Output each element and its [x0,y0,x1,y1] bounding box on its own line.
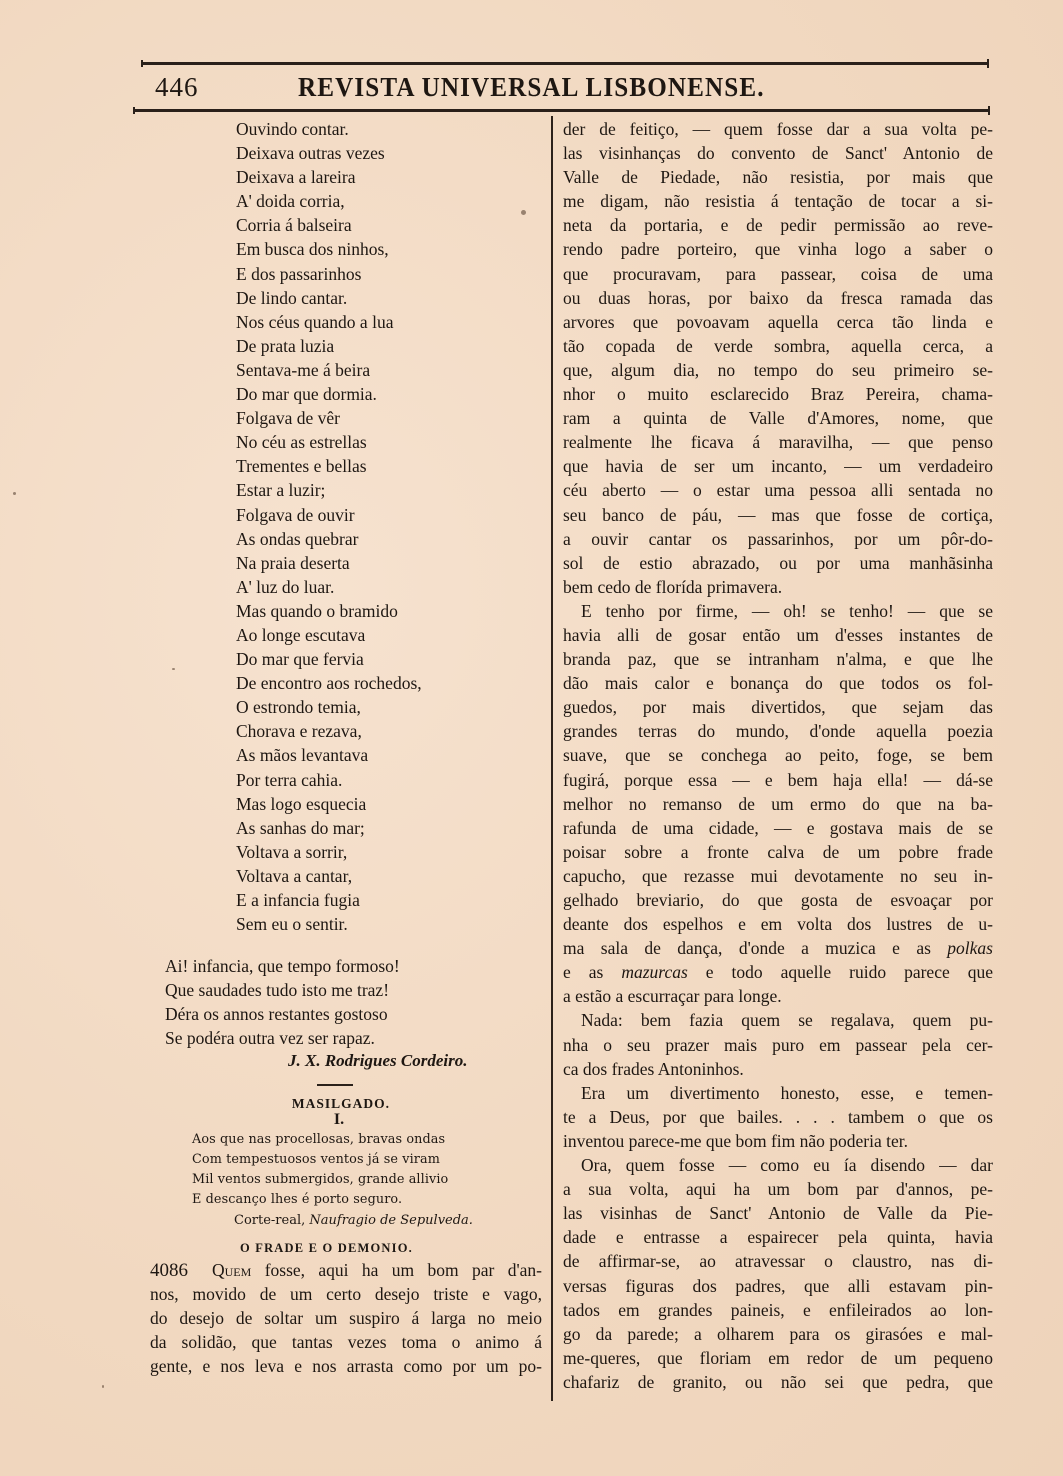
prose-line: gente, e nos leva e nos arrasta como por… [150,1354,542,1378]
poem-signature: J. X. Rodrigues Cordeiro. [150,1050,542,1072]
stanza-verse: Ai! infancia, que tempo formoso! [165,954,542,978]
poem-verse: Do mar que fervia [236,647,542,671]
poem-verse: O estrondo temia, [236,695,542,719]
prose-line: do desejo de soltar um suspiro á larga n… [150,1306,542,1330]
prose-line: las visinhas de Sanct' Antonio de Valle … [563,1201,993,1225]
poem-verse: Folgava de ouvir [236,503,542,527]
poem-verse: Nos céus quando a lua [236,310,542,334]
ink-speck [521,210,526,215]
prose-line: te a Deus, por que bailes. . . . tambem … [563,1105,993,1129]
ink-speck [13,492,16,495]
epigraph: Aos que nas procellosas, bravas ondasCom… [150,1130,542,1210]
stanza-verse: Déra os annos restantes gostoso [165,1002,542,1026]
poem-verse: E a infancia fugia [236,888,542,912]
prose-line: bem cedo de florída primavera. [563,575,993,599]
prose-line: a ouvir cantar os passarinhos, por um pô… [563,527,993,551]
prose-line: de affirmar-se, ao atravessar o claustro… [563,1249,993,1273]
prose-line: las visinhanças do convento de Sanct' An… [563,141,993,165]
lead-word: Quem [212,1260,251,1280]
prose-line: a estão a escurraçar para longe. [563,984,993,1008]
poem-verse: Sem eu o sentir. [236,912,542,936]
running-title: REVISTA UNIVERSAL LISBONENSE. [298,72,765,103]
poem-verse: Deixava outras vezes [236,141,542,165]
header-top-rule [142,62,988,65]
poem-verse: As sanhas do mar; [236,816,542,840]
poem-verse: De encontro aos rochedos, [236,671,542,695]
prose-line: Valle de Piedade, não resistia, por mais… [563,165,993,189]
prose-line: go da parede; a olharem para os girasóes… [563,1322,993,1346]
prose-line: fugirá, porque essa — e bem haja ella! —… [563,768,993,792]
poem-verse: Ouvindo contar. [236,117,542,141]
poem-verse: No céu as estrellas [236,430,542,454]
prose-line: me digam, não resistia á tentação de toc… [563,189,993,213]
section-numeral: I. [150,1112,542,1128]
prose-line: versas figuras dos padres, que alli esta… [563,1274,993,1298]
prose-line: que procuravam, para passear, coisa de u… [563,262,993,286]
prose-line: rendo padre porteiro, que vinha logo a s… [563,237,993,261]
column-divider [551,116,553,1401]
prose-line: ou duas horas, por baixo da fresca ramad… [563,286,993,310]
paragraph: der de feitiço, — quem fosse dar a sua v… [563,117,993,599]
newspaper-page: 446 REVISTA UNIVERSAL LISBONENSE. Ouvind… [0,0,1063,1476]
prose-line: a sua volta, aqui ha um bom par d'annos,… [563,1177,993,1201]
poem-verse: Sentava-me á beira [236,358,542,382]
italic-term: mazurcas [621,962,687,982]
prose-line: que havia de ser um incanto, — um verdad… [563,454,993,478]
epigraph-verse: Com tempestuosos ventos já se viram [192,1150,542,1170]
article-first-line: 4086Quem fosse, aqui ha um bom par d'an- [150,1258,542,1282]
article-title: O FRADE E O DEMONIO. [150,1240,542,1256]
poem-verse: A' luz do luar. [236,575,542,599]
prose-line: sol de estio abrazado, ou por uma manhãs… [563,551,993,575]
prose-line: havia alli de gosar então um d'esses ins… [563,623,993,647]
poem-verse: A' doida corria, [236,189,542,213]
stanza-verse: Se podéra outra vez ser rapaz. [165,1026,542,1050]
prose-line: deante dos espelhos e em volta dos lustr… [563,912,993,936]
prose-line: céu aberto — o estar uma pessoa alli sen… [563,478,993,502]
prose-line: nos, movido de um certo desejo triste e … [150,1282,542,1306]
epigraph-verse: E descanço lhes é porto seguro. [192,1190,542,1210]
left-column: Ouvindo contar.Deixava outras vezesDeixa… [150,117,542,1378]
prose-line: grandes terras do mundo, d'onde aquella … [563,719,993,743]
epigraph-work: Naufragio de Sepulveda. [309,1213,473,1228]
section-title: MASILGADO. [150,1096,542,1112]
prose-line: dão mais calor e bonança do que todos os… [563,671,993,695]
poem-verse: Voltava a sorrir, [236,840,542,864]
poem-verse: Mas quando o bramido [236,599,542,623]
poem-verse: Mas logo esquecia [236,792,542,816]
header-bottom-rule [134,109,989,112]
prose-line: me-queres, que floriam em redor de um pe… [563,1346,993,1370]
prose-line: ca dos frades Antoninhos. [563,1057,993,1081]
paragraph: E tenho por firme, — oh! se tenho! — que… [563,599,993,1009]
prose-line: gelhado breviario, do que gosta de esvoa… [563,888,993,912]
poem-verse: Corria á balseira [236,213,542,237]
prose-line: neta da portaria, e de pedir permissão a… [563,213,993,237]
prose-line: poisar sobre a fronte calva de um pobre … [563,840,993,864]
ink-speck [102,1385,104,1388]
prose-line: branda paz, que se intranham n'alma, e q… [563,647,993,671]
prose-line: tão copada de verde sombra, aquella cerc… [563,334,993,358]
poem-verse: Por terra cahia. [236,768,542,792]
prose-line: chafariz de granito, ou não sei que pedr… [563,1370,993,1394]
stanza-verse: Que saudades tudo isto me traz! [165,978,542,1002]
prose-line: rafunda de uma cidade, — e gostava mais … [563,816,993,840]
poem-verse: Do mar que dormia. [236,382,542,406]
first-line-text: fosse, aqui ha um bom par d'an- [265,1260,542,1280]
poem-verse: Folgava de vêr [236,406,542,430]
closing-stanza: Ai! infancia, que tempo formoso!Que saud… [150,954,542,1050]
prose-line: inventou parece-me que bom fim não poder… [563,1129,993,1153]
prose-line: Era um divertimento honesto, esse, e tem… [563,1081,993,1105]
prose-line: capucho, que rezasse mui devotamente no … [563,864,993,888]
paragraph: Era um divertimento honesto, esse, e tem… [563,1081,993,1153]
prose-line: guedos, por mais divertidos, que sejam d… [563,695,993,719]
poem-verse: Estar a luzir; [236,478,542,502]
prose-line: E tenho por firme, — oh! se tenho! — que… [563,599,993,623]
ink-speck [172,668,175,670]
paragraph: Ora, quem fosse — como eu ía disendo — d… [563,1153,993,1394]
prose-line: Ora, quem fosse — como eu ía disendo — d… [563,1153,993,1177]
prose-line: nha o seu prazer mais puro em passear pe… [563,1033,993,1057]
prose-line: melhor no remanso de um ermo do que na b… [563,792,993,816]
poem-verse: Chorava e rezava, [236,719,542,743]
poem-verse: As ondas quebrar [236,527,542,551]
prose-line: dade e entrasse a espairecer pela quinta… [563,1225,993,1249]
prose-line: da solidão, que tantas vezes toma o anim… [150,1330,542,1354]
prose-line: ram a quinta de Valle d'Amores, nome, qu… [563,406,993,430]
epigraph-author: Corte-real, [234,1213,305,1228]
prose-line: que, algum dia, no tempo do seu primeiro… [563,358,993,382]
prose-line: arvores que povoavam aquella cerca tão l… [563,310,993,334]
poem-verses: Ouvindo contar.Deixava outras vezesDeixa… [150,117,542,936]
prose-line: der de feitiço, — quem fosse dar a sua v… [563,117,993,141]
entry-number: 4086 [150,1260,212,1281]
poem-verse: De prata luzia [236,334,542,358]
poem-verse: As mãos levantava [236,743,542,767]
epigraph-source: Corte-real, Naufragio de Sepulveda. [150,1210,542,1232]
poem-verse: Trementes e bellas [236,454,542,478]
prose-line: nhor o muito esclarecido Braz Pereira, c… [563,382,993,406]
article-opening: 4086Quem fosse, aqui ha um bom par d'an-… [150,1258,542,1378]
prose-line: Nada: bem fazia quem se regalava, quem p… [563,1008,993,1032]
poem-verse: E dos passarinhos [236,262,542,286]
prose-line: seu banco de páu, — mas que fosse de cor… [563,503,993,527]
section-separator [317,1084,353,1086]
epigraph-verse: Aos que nas procellosas, bravas ondas [192,1130,542,1150]
prose-line: ma sala de dança, d'onde a muzica e as p… [563,936,993,960]
italic-term: polkas [947,938,993,958]
paragraph: Nada: bem fazia quem se regalava, quem p… [563,1008,993,1080]
poem-verse: Em busca dos ninhos, [236,237,542,261]
prose-line: e as mazurcas e todo aquelle ruido parec… [563,960,993,984]
prose-line: realmente lhe ficava á maravilha, — que … [563,430,993,454]
poem-verse: De lindo cantar. [236,286,542,310]
poem-verse: Deixava a lareira [236,165,542,189]
prose-line: suave, que se conchega ao peito, foge, s… [563,743,993,767]
right-column: der de feitiço, — quem fosse dar a sua v… [563,117,993,1394]
poem-verse: Ao longe escutava [236,623,542,647]
page-number: 446 [155,72,199,103]
poem-verse: Voltava a cantar, [236,864,542,888]
prose-line: tados em grandes paineis, e enfileirados… [563,1298,993,1322]
poem-verse: Na praia deserta [236,551,542,575]
epigraph-verse: Mil ventos submergidos, grande allivio [192,1170,542,1190]
